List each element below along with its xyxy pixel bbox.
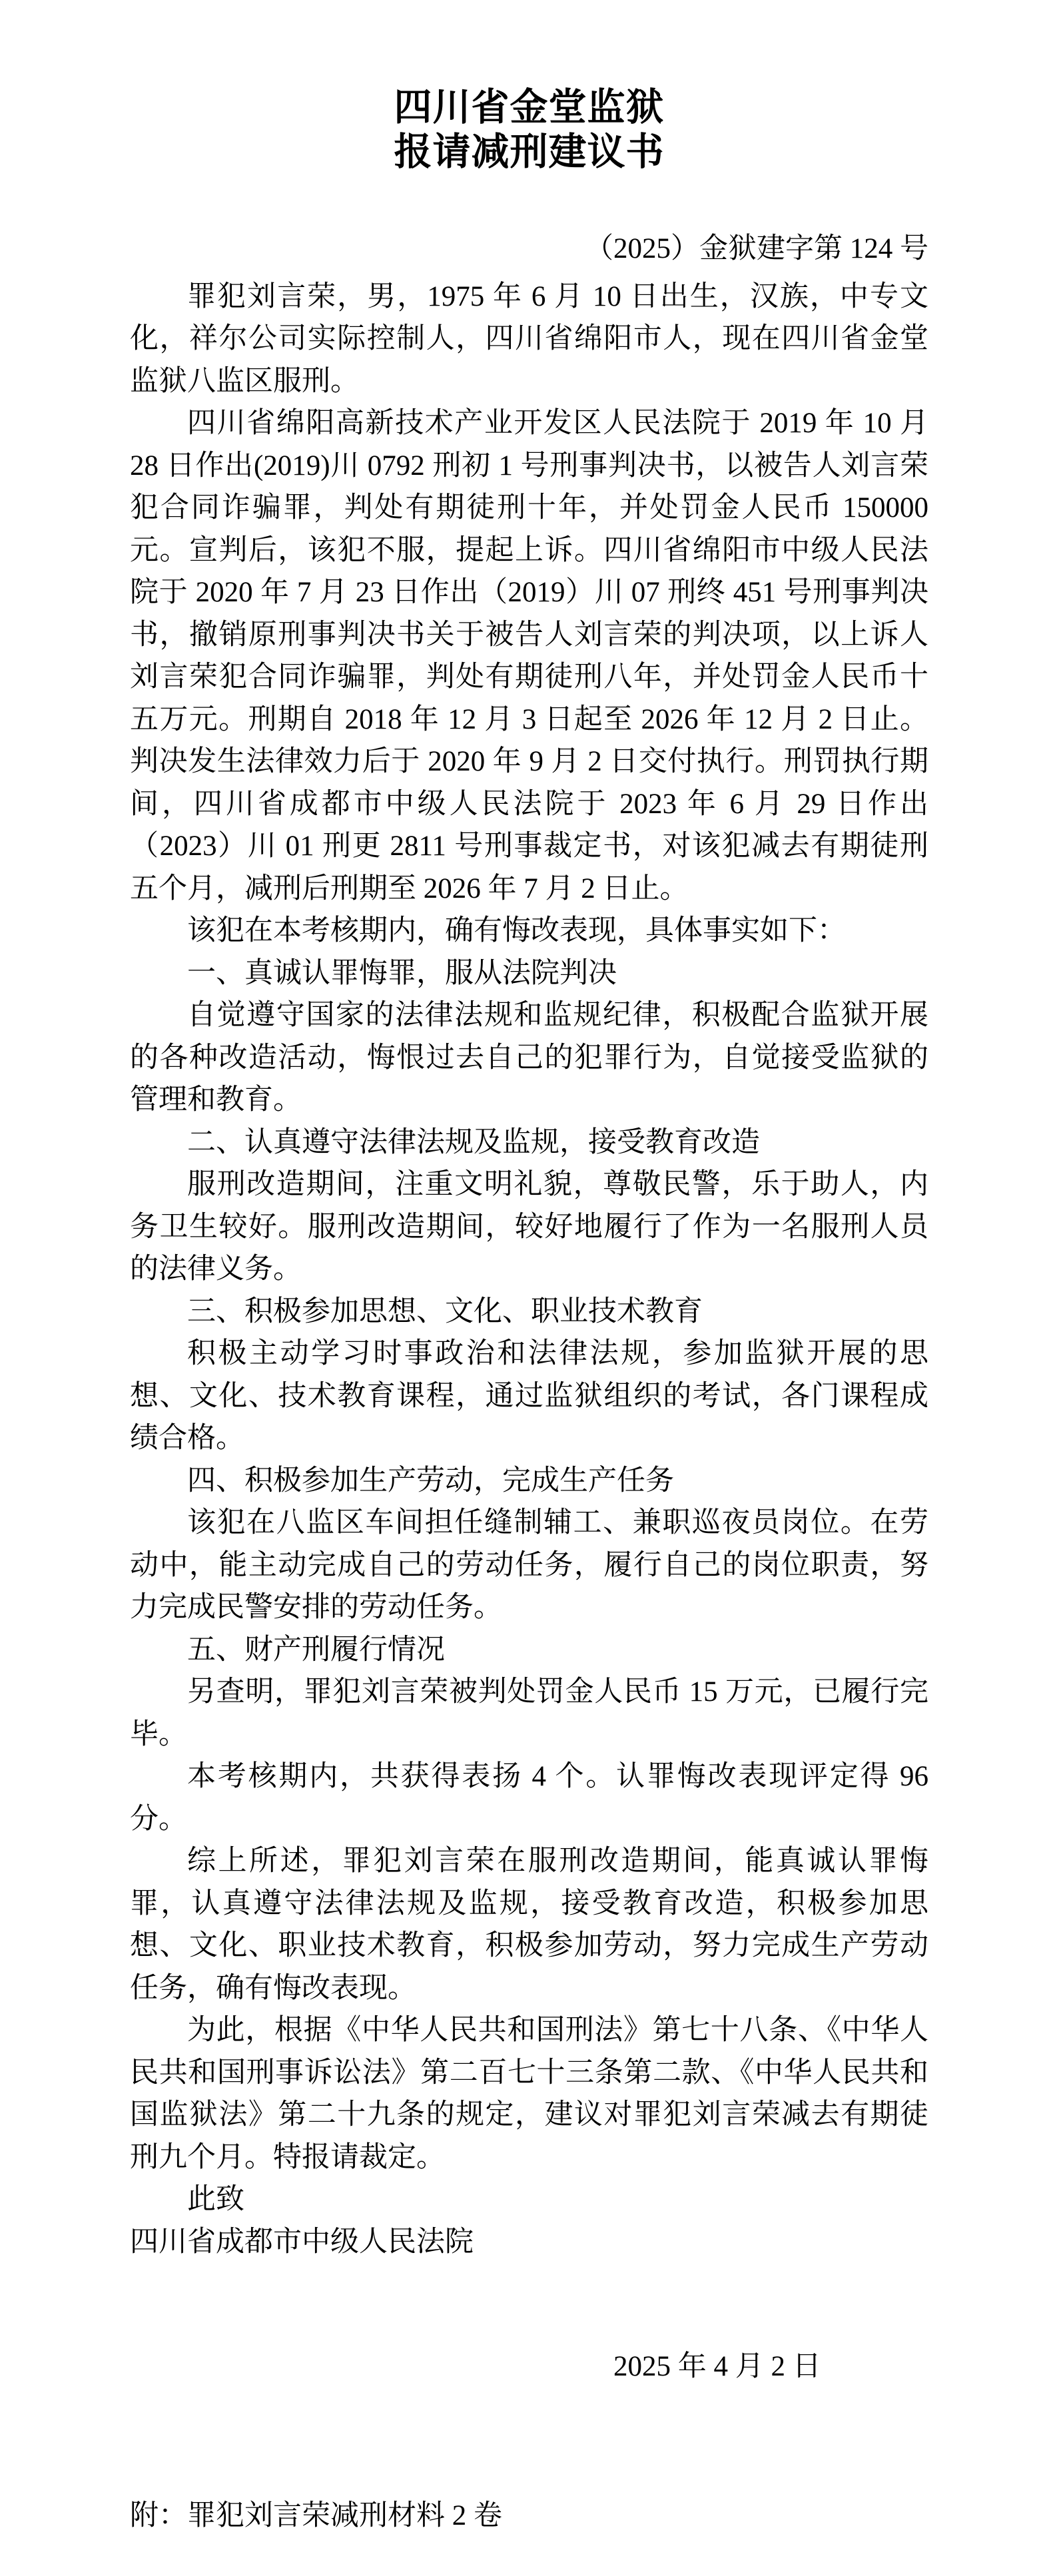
body-paragraph: 为此，根据《中华人民共和国刑法》第七十八条、《中华人民共和国刑事诉讼法》第二百七… [130, 2009, 928, 2178]
salute-line: 此致 [130, 2178, 928, 2221]
section-heading: 三、积极参加思想、文化、职业技术教育 [130, 1291, 928, 1333]
document-title: 四川省金堂监狱 报请减刑建议书 [130, 85, 928, 174]
body-paragraph: 综上所述，罪犯刘言荣在服刑改造期间，能真诚认罪悔罪，认真遵守法律法规及监规，接受… [130, 1840, 928, 2009]
body-paragraph: 罪犯刘言荣，男，1975 年 6 月 10 日出生，汉族，中专文化，祥尔公司实际… [130, 276, 928, 403]
date-line: 2025 年 4 月 2 日 [130, 2346, 928, 2388]
body-paragraph: 本考核期内，共获得表扬 4 个。认罪悔改表现评定得 96 分。 [130, 1756, 928, 1840]
section-heading: 五、财产刑履行情况 [130, 1629, 928, 1672]
body-paragraph: 另查明，罪犯刘言荣被判处罚金人民币 15 万元，已履行完毕。 [130, 1671, 928, 1756]
addressee-court-line: 四川省成都市中级人民法院 [130, 2221, 928, 2264]
section-heading: 四、积极参加生产劳动，完成生产任务 [130, 1460, 928, 1502]
title-line-1: 四川省金堂监狱 [130, 85, 928, 130]
body-paragraph: 四川省绵阳高新技术产业开发区人民法院于 2019 年 10 月 28 日作出(2… [130, 402, 928, 910]
document-number: （2025）金狱建字第 124 号 [130, 228, 928, 270]
body-paragraph: 该犯在八监区车间担任缝制辅工、兼职巡夜员岗位。在劳动中，能主动完成自己的劳动任务… [130, 1502, 928, 1629]
body-paragraph: 该犯在本考核期内，确有悔改表现，具体事实如下： [130, 910, 928, 952]
title-line-2: 报请减刑建议书 [130, 130, 928, 174]
section-heading: 一、真诚认罪悔罪，服从法院判决 [130, 952, 928, 995]
attachment-line: 附：罪犯刘言荣减刑材料 2 卷 [130, 2495, 928, 2537]
body-paragraph: 积极主动学习时事政治和法律法规，参加监狱开展的思想、文化、技术教育课程，通过监狱… [130, 1333, 928, 1460]
document-body: 罪犯刘言荣，男，1975 年 6 月 10 日出生，汉族，中专文化，祥尔公司实际… [130, 276, 928, 2179]
document-page: 四川省金堂监狱 报请减刑建议书 （2025）金狱建字第 124 号 罪犯刘言荣，… [0, 0, 1057, 2576]
body-paragraph: 服刑改造期间，注重文明礼貌，尊敬民警，乐于助人，内务卫生较好。服刑改造期间，较好… [130, 1163, 928, 1291]
section-heading: 二、认真遵守法律法规及监规，接受教育改造 [130, 1122, 928, 1164]
body-paragraph: 自觉遵守国家的法律法规和监规纪律，积极配合监狱开展的各种改造活动，悔恨过去自己的… [130, 994, 928, 1122]
